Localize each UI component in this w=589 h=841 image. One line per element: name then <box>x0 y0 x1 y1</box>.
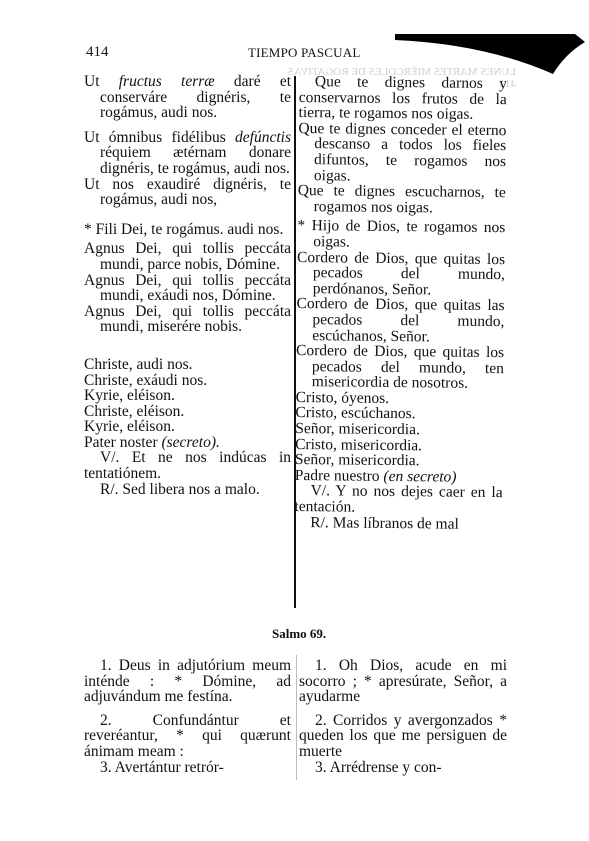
psalm-spanish: 1. Oh Dios, acude en mi socorro ; * apre… <box>299 658 507 775</box>
litany-latin-entry: Ut ómnibus fidélibus defúnctis réquiem æ… <box>84 130 291 177</box>
agnus-dei-spanish: Cordero de Dios, que quitas los pecados … <box>296 343 504 392</box>
agnus-dei-spanish: Cordero de Dios, que quitas los pecados … <box>297 250 505 299</box>
response-latin: R/. Sed libera nos a malo. <box>84 482 291 498</box>
agnus-dei-latin: Agnus Dei, qui tollis peccáta mundi, mis… <box>84 304 291 335</box>
agnus-dei-spanish: Cordero de Dios, que quitas las pecados … <box>296 296 504 345</box>
kyrie-line: Christe, eléison. <box>84 404 291 420</box>
kyrie-spanish: Cristo, óyenos. Cristo, escúchanos. Seño… <box>294 390 503 533</box>
psalm-latin: 1. Deus in adjutórium meum inténde : * D… <box>84 658 291 775</box>
litany-latin-entry: Ut nos exaudiré dignéris, te rogámus, au… <box>84 177 291 208</box>
litany-latin-entry: * Fili Dei, te rogámus. audi nos. <box>84 222 291 238</box>
page-header: 414 TIEMPO PASCUAL LUNES MARTES MIÉRCOLE… <box>86 44 516 64</box>
kyrie-line: Kyrie, eléison. <box>84 419 291 435</box>
running-title: TIEMPO PASCUAL <box>248 45 360 61</box>
page-number: 414 <box>86 44 109 61</box>
kyrie-line: Christe, audi nos. <box>84 357 291 373</box>
column-divider-faint <box>296 655 297 780</box>
psalm-title: Salmo 69. <box>272 626 326 642</box>
litany-spanish-entry: * Hijo de Dios, te rogamos nos oigas. <box>297 218 505 251</box>
versicle-spanish: V/. Y no nos dejes caer en la tentación. <box>294 483 502 516</box>
psalm-verse: 3. Arrédrense y con- <box>299 760 507 776</box>
psalm-verse: 2. Confundántur et reveréantur, * qui qu… <box>84 713 291 760</box>
psalm-verse: 1. Deus in adjutórium meum inténde : * D… <box>84 658 291 705</box>
litany-spanish-entry: Que te dignes darnos y conservarnos los … <box>299 74 507 123</box>
litany-latin-entry: Ut fructus terræ daré et conserváre dign… <box>84 74 291 121</box>
latin-column: Ut fructus terræ daré et conserváre dign… <box>84 74 291 497</box>
response-spanish: R/. Mas líbranos de mal <box>294 515 502 533</box>
psalm-verse: 1. Oh Dios, acude en mi socorro ; * apre… <box>299 658 507 705</box>
litany-spanish-entry: Que te dignes conceder el eterno descans… <box>298 121 507 186</box>
versicle-latin: V/. Et ne nos indúcas in tentatiónem. <box>84 450 291 481</box>
pater-noster-latin: Pater noster (secreto). <box>84 435 291 451</box>
agnus-dei-latin: Agnus Dei, qui tollis peccáta mundi, par… <box>84 241 291 272</box>
spanish-column: Que te dignes darnos y conservarnos los … <box>294 74 507 532</box>
kyrie-line: Christe, exáudi nos. <box>84 373 291 389</box>
kyrie-latin: Christe, audi nos. Christe, exáudi nos. … <box>84 357 291 497</box>
agnus-dei-latin: Agnus Dei, qui tollis peccáta mundi, exá… <box>84 273 291 304</box>
psalm-verse: 2. Corridos y avergonzados * queden los … <box>299 713 507 760</box>
psalm-verse: 3. Avertántur retrór- <box>84 760 291 776</box>
kyrie-line: Kyrie, eléison. <box>84 388 291 404</box>
litany-spanish-entry: Que te dignes escucharnos, te rogamos no… <box>298 183 506 216</box>
book-page: 414 TIEMPO PASCUAL LUNES MARTES MIÉRCOLE… <box>0 0 589 841</box>
